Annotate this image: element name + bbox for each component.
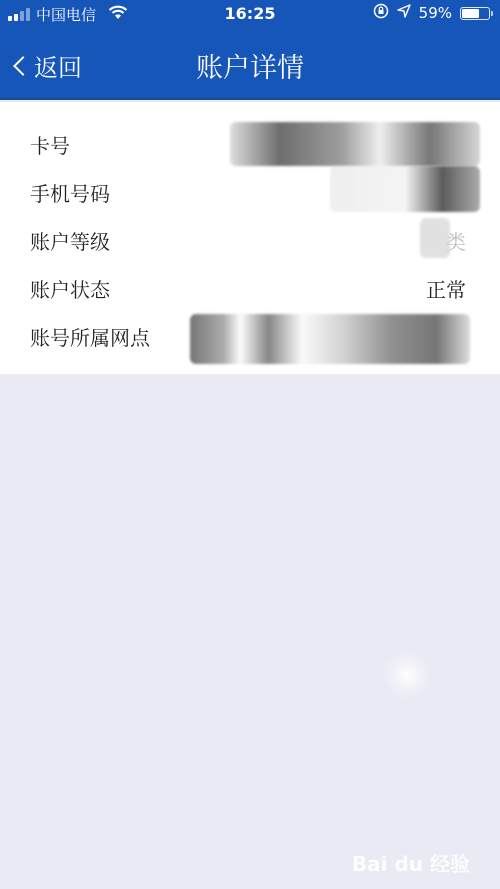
row-label: 账号所属网点 bbox=[30, 322, 150, 351]
row-label: 卡号 bbox=[30, 130, 70, 159]
account-details-card: 卡号 手机号码 账户等级 类 账户状态 正常 账号所属网点 bbox=[0, 102, 500, 374]
row-label: 账户状态 bbox=[30, 274, 110, 303]
row-label: 账户等级 bbox=[30, 226, 110, 255]
row-label: 手机号码 bbox=[30, 178, 110, 207]
orientation-lock-icon bbox=[373, 3, 389, 23]
battery-percent: 59% bbox=[419, 4, 452, 22]
redacted-value bbox=[190, 314, 470, 364]
touch-indicator bbox=[382, 650, 432, 700]
row-value: 类 bbox=[446, 226, 466, 255]
detail-row-card-number: 卡号 bbox=[0, 120, 500, 168]
page-title: 账户详情 bbox=[0, 46, 500, 85]
battery-icon bbox=[460, 7, 490, 20]
location-arrow-icon bbox=[397, 4, 411, 22]
redacted-value bbox=[330, 166, 480, 212]
redacted-value bbox=[230, 122, 480, 166]
watermark: Bai du 经验 bbox=[352, 848, 470, 877]
status-bar: 中国电信 16:25 59% bbox=[0, 0, 500, 30]
watermark-text: Bai du 经验 bbox=[352, 852, 470, 876]
detail-row-account-status: 账户状态 正常 bbox=[0, 264, 500, 312]
row-value: 正常 bbox=[426, 274, 466, 303]
header: 中国电信 16:25 59% 返回 账户详情 bbox=[0, 0, 500, 100]
navigation-bar: 返回 账户详情 bbox=[0, 40, 500, 92]
detail-row-account-level: 账户等级 类 bbox=[0, 216, 500, 264]
detail-row-phone: 手机号码 bbox=[0, 168, 500, 216]
detail-row-branch: 账号所属网点 bbox=[0, 312, 500, 360]
